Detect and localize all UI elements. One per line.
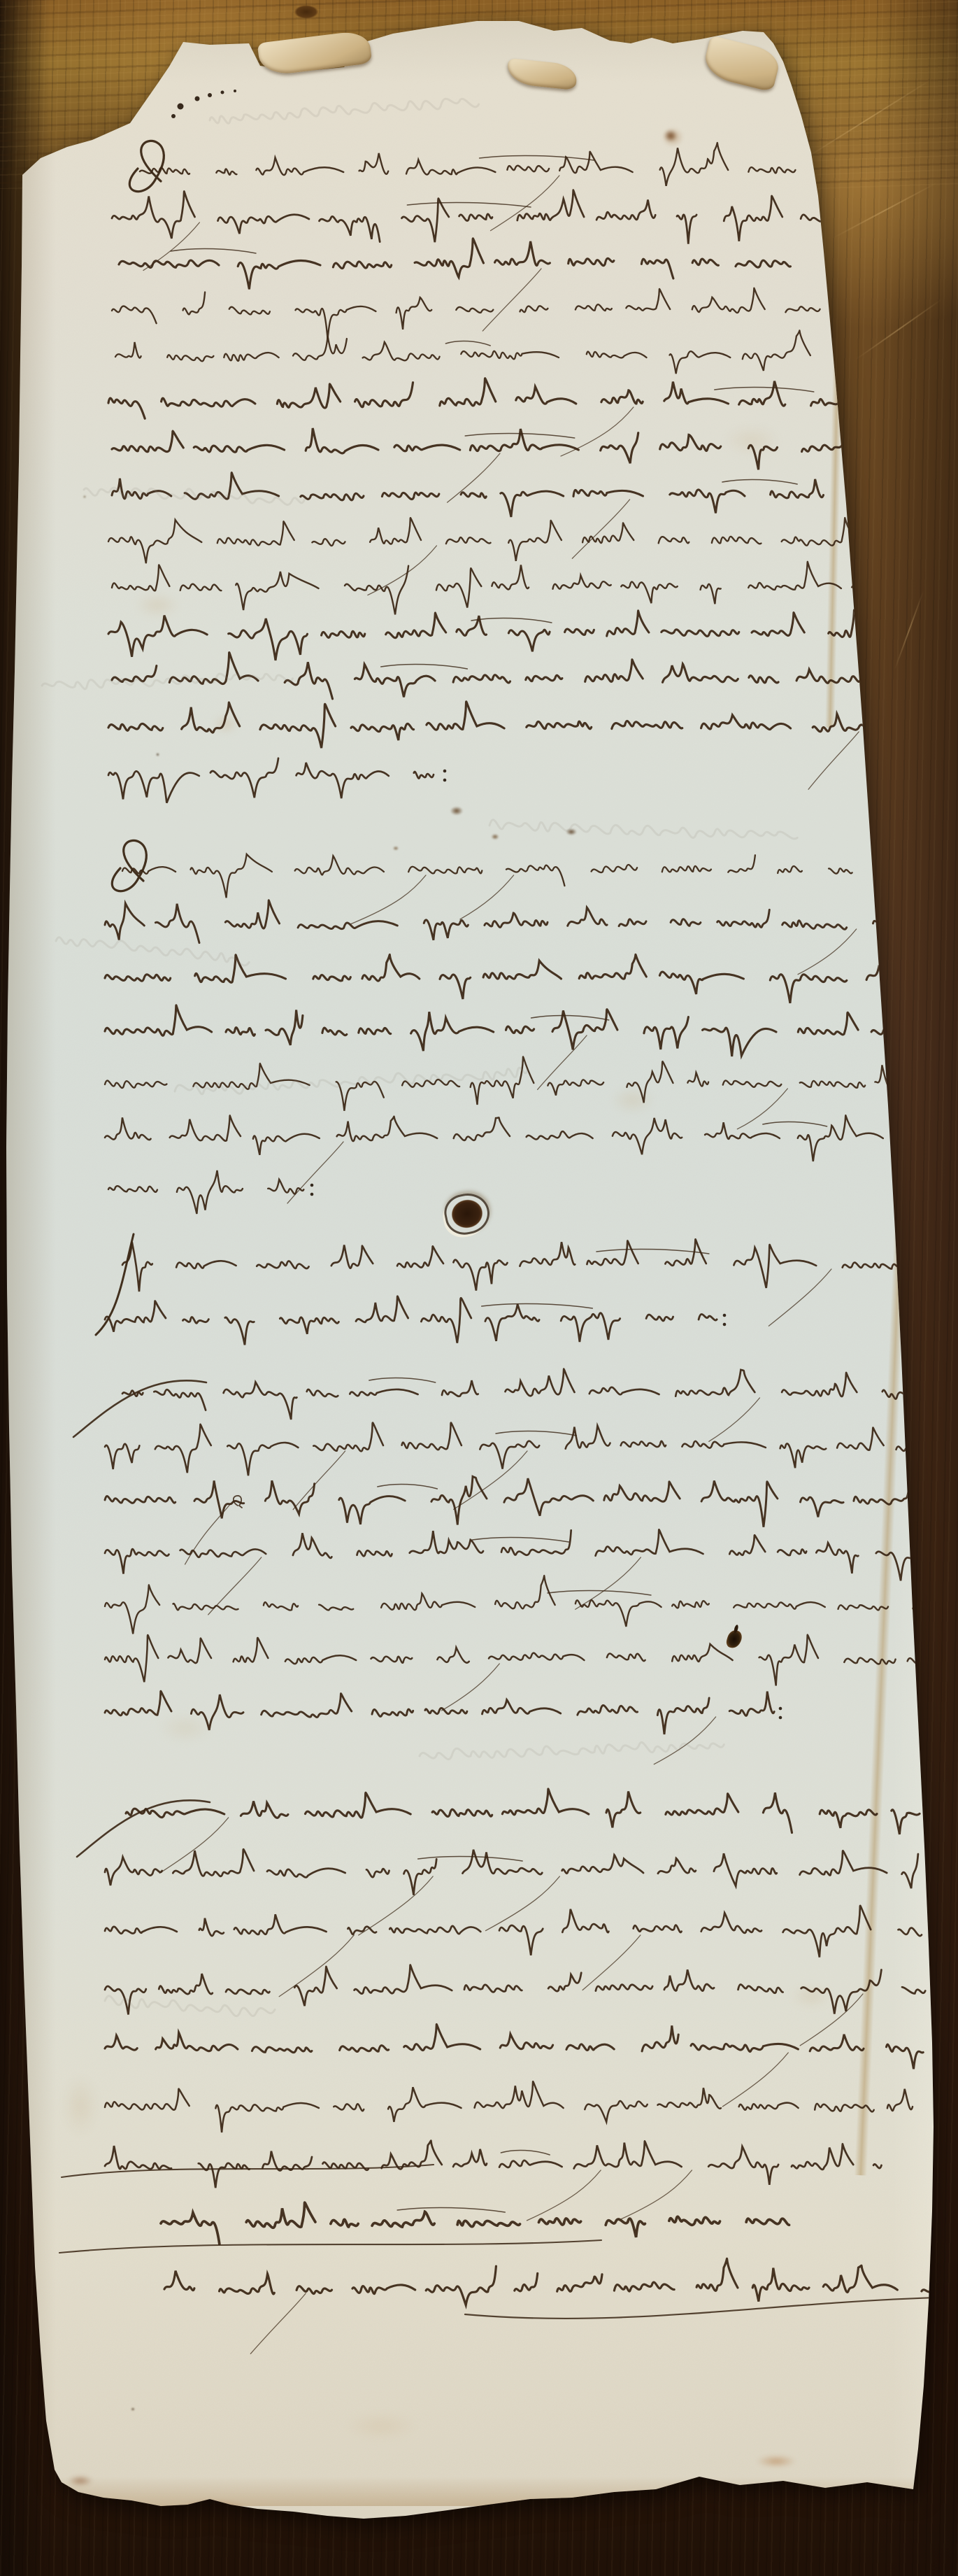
handwriting-line	[108, 610, 903, 660]
ink-dot	[221, 91, 224, 94]
abbreviation-bar	[407, 202, 531, 207]
handwriting-line	[105, 1635, 933, 1686]
descender-flourish	[768, 1269, 831, 1326]
ghost-writing	[209, 96, 478, 126]
abbreviation-bar	[482, 1303, 593, 1308]
ink-dot	[443, 770, 447, 773]
descender-flourish	[454, 1451, 527, 1509]
descender-flourish	[527, 2170, 601, 2221]
handwriting-line	[105, 900, 915, 943]
descender-flourish	[482, 269, 541, 331]
handwriting-line	[115, 330, 889, 374]
ghost-writing	[84, 483, 305, 507]
ink-dot	[443, 779, 447, 782]
descender-flourish	[460, 875, 514, 919]
handwriting-line	[112, 473, 929, 517]
descender-flourish	[798, 929, 857, 975]
handwriting-line	[105, 2141, 896, 2188]
abbreviation-bar	[480, 155, 594, 160]
descender-flourish	[250, 2293, 306, 2354]
descender-flourish	[709, 1398, 760, 1441]
handwriting-line	[122, 854, 877, 898]
abbreviation-bar	[381, 664, 468, 669]
abbreviation-bar	[171, 248, 256, 253]
abbreviation-bar	[722, 479, 797, 484]
descender-flourish	[808, 732, 859, 789]
handwriting-line	[112, 425, 904, 469]
handwriting-line	[105, 1965, 941, 2015]
handwriting-line	[108, 378, 889, 419]
ink-dot	[310, 1184, 314, 1187]
ghost-writing	[420, 1739, 724, 1760]
handwriting-line	[105, 1296, 740, 1345]
abbreviation-bar	[472, 1537, 569, 1542]
pen-sweep	[59, 2240, 601, 2253]
abbreviation-bar	[445, 341, 490, 346]
abbreviation-bar	[471, 618, 552, 623]
descender-flourish	[442, 1664, 500, 1711]
initial-flourish	[77, 1800, 210, 1857]
ink-dot	[208, 93, 212, 97]
abbreviation-bar	[596, 1249, 709, 1254]
ghost-writing	[42, 671, 293, 691]
descender-flourish	[491, 176, 559, 231]
abbreviation-bar	[496, 1431, 576, 1436]
handwriting-line	[140, 143, 817, 186]
descender-flourish	[561, 407, 634, 456]
ink-dot	[178, 104, 184, 110]
ink-dot	[779, 1716, 782, 1720]
ink-dot	[779, 1707, 782, 1711]
abbreviation-bar	[501, 2150, 550, 2155]
descender-flourish	[351, 875, 426, 924]
abbreviation-bar	[763, 1121, 827, 1126]
handwriting-line	[105, 1056, 931, 1110]
paper-sheet	[0, 0, 958, 2576]
handwriting-line	[112, 653, 909, 699]
initial-flourish	[112, 840, 146, 891]
pen-sweep	[62, 2165, 434, 2177]
ghost-writing	[55, 934, 250, 966]
handwriting-line	[105, 1906, 934, 1958]
handwriting-line	[108, 702, 904, 753]
rust-stain	[448, 2508, 510, 2521]
initial-flourish	[73, 1380, 206, 1437]
underline-flourish	[465, 2298, 937, 2319]
abbreviation-bar	[378, 1484, 438, 1489]
ink-dot	[723, 1314, 727, 1317]
photo-of-manuscript: Photograph of an early-modern notarial m…	[0, 0, 958, 2576]
abbreviation-bar	[397, 2207, 505, 2212]
abbreviation-bar	[531, 1015, 609, 1020]
initial-flourish	[129, 141, 164, 191]
descender-flourish	[159, 1818, 228, 1873]
handwriting-line	[119, 239, 806, 290]
handwriting-line	[161, 2202, 810, 2244]
handwriting-line	[105, 1576, 936, 1634]
descender-flourish	[582, 1935, 641, 1990]
handwriting-line	[105, 2081, 934, 2132]
handwriting-line	[105, 1691, 793, 1734]
descender-flourish	[448, 453, 500, 502]
handwriting-line	[122, 1369, 933, 1420]
handwriting-line	[108, 518, 919, 563]
handwriting-line	[164, 2258, 948, 2305]
handwriting-line	[105, 1849, 938, 1895]
descender-flourish	[572, 500, 629, 558]
paper-shadow-wrap	[0, 0, 958, 2576]
handwriting-line	[112, 562, 930, 615]
ink-dot	[234, 90, 236, 92]
handwriting-line	[122, 1239, 920, 1291]
handwriting-line	[112, 288, 876, 339]
handwriting-line	[105, 1005, 935, 1056]
handwriting-line	[108, 1170, 324, 1214]
handwriting-line	[112, 190, 873, 245]
descender-flourish	[621, 2170, 692, 2219]
abbreviation-bar	[369, 1378, 436, 1382]
ink-dot	[195, 97, 200, 101]
handwriting-line	[126, 1789, 933, 1834]
ink-dot	[723, 1323, 727, 1326]
descender-flourish	[359, 1876, 433, 1935]
descender-flourish	[722, 2053, 788, 2107]
handwriting-line	[108, 758, 448, 803]
abbreviation-bar	[715, 387, 814, 392]
ghost-writing	[489, 820, 798, 842]
abbreviation-bar	[418, 1856, 522, 1861]
descender-flourish	[737, 1089, 787, 1129]
ink-dot	[310, 1193, 314, 1196]
descender-flourish	[538, 1035, 587, 1089]
descender-flourish	[486, 1876, 560, 1931]
ink-dot	[171, 114, 176, 118]
manuscript-text-lines	[0, 0, 958, 2576]
handwriting-line	[105, 1476, 925, 1527]
descender-flourish	[293, 1451, 345, 1510]
